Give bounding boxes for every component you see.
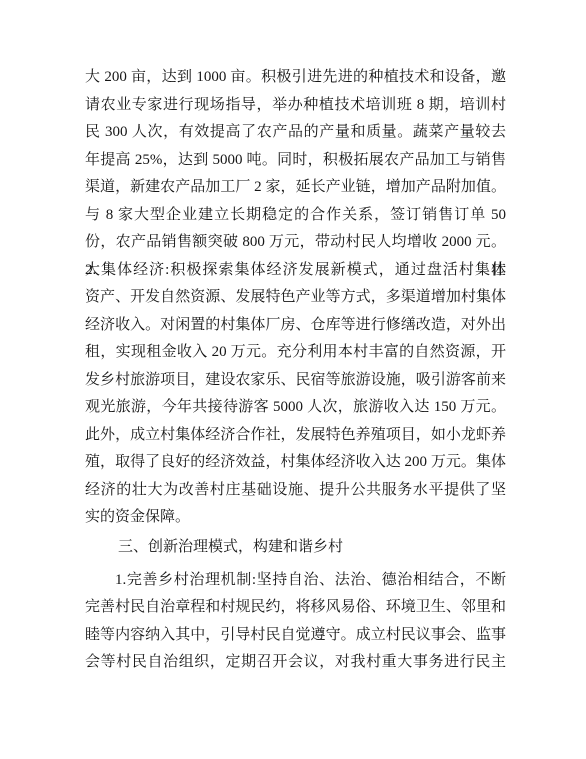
- text-line: 完善村民自治章程和村规民约，将移风易俗、环境卫生、邻里和: [85, 594, 506, 622]
- paragraph-governance: 1.完善乡村治理机制:坚持自治、法治、德治相结合，不断完善村民自治章程和村规民约…: [85, 567, 506, 677]
- text-line: 与 8 家大型企业建立长期稳定的合作关系，签订销售订单 50: [85, 202, 506, 230]
- text-line: 观光旅游，今年共接待游客 5000 人次，旅游收入达 150 万元。: [85, 394, 506, 422]
- section-heading: 三、创新治理模式，构建和谐乡村: [85, 534, 506, 562]
- text-line: 实的资金保障。: [85, 504, 506, 532]
- text-line: 年提高 25%，达到 5000 吨。同时，积极拓展农产品加工与销售: [85, 147, 506, 175]
- text-line: 经济收入。对闲置的村集体厂房、仓库等进行修缮改造，对外出: [85, 312, 506, 340]
- text-line: 此外，成立村集体经济合作社，发展特色养殖项目，如小龙虾养: [85, 422, 506, 450]
- text-line: 请农业专家进行现场指导，举办种植技术培训班 8 期，培训村: [85, 92, 506, 120]
- text-line: 睦等内容纳入其中，引导村民自觉遵守。成立村民议事会、监事: [85, 622, 506, 650]
- text-line: 份，农产品销售额突破 800 万元，带动村民人均增收 2000 元。2.壮: [85, 229, 506, 257]
- text-line: 租，实现租金收入 20 万元。充分利用本村丰富的自然资源，开: [85, 339, 506, 367]
- text-line: 1.完善乡村治理机制:坚持自治、法治、德治相结合，不断: [85, 567, 506, 595]
- document-page: 大 200 亩，达到 1000 亩。积极引进先进的种植技术和设备，邀请农业专家进…: [0, 0, 586, 759]
- text-line: 资产、开发自然资源、发展特色产业等方式，多渠道增加村集体: [85, 284, 506, 312]
- text-line: 渠道，新建农产品加工厂 2 家，延长产业链，增加产品附加值。: [85, 174, 506, 202]
- text-line: 经济的壮大为改善村庄基础设施、提升公共服务水平提供了坚: [85, 477, 506, 505]
- paragraph-economy: 大 200 亩，达到 1000 亩。积极引进先进的种植技术和设备，邀请农业专家进…: [85, 64, 506, 532]
- text-line: 民 300 人次，有效提高了农产品的产量和质量。蔬菜产量较去: [85, 119, 506, 147]
- text-line: 发乡村旅游项目，建设农家乐、民宿等旅游设施，吸引游客前来: [85, 367, 506, 395]
- text-line: 会等村民自治组织，定期召开会议，对我村重大事务进行民主: [85, 649, 506, 677]
- text-line: 殖，取得了良好的经济效益，村集体经济收入达 200 万元。集体: [85, 449, 506, 477]
- text-line: 大 200 亩，达到 1000 亩。积极引进先进的种植技术和设备，邀: [85, 64, 506, 92]
- text-line: 大集体经济:积极探索集体经济发展新模式，通过盘活村集体: [85, 257, 506, 285]
- text-block: 大 200 亩，达到 1000 亩。积极引进先进的种植技术和设备，邀请农业专家进…: [85, 64, 506, 677]
